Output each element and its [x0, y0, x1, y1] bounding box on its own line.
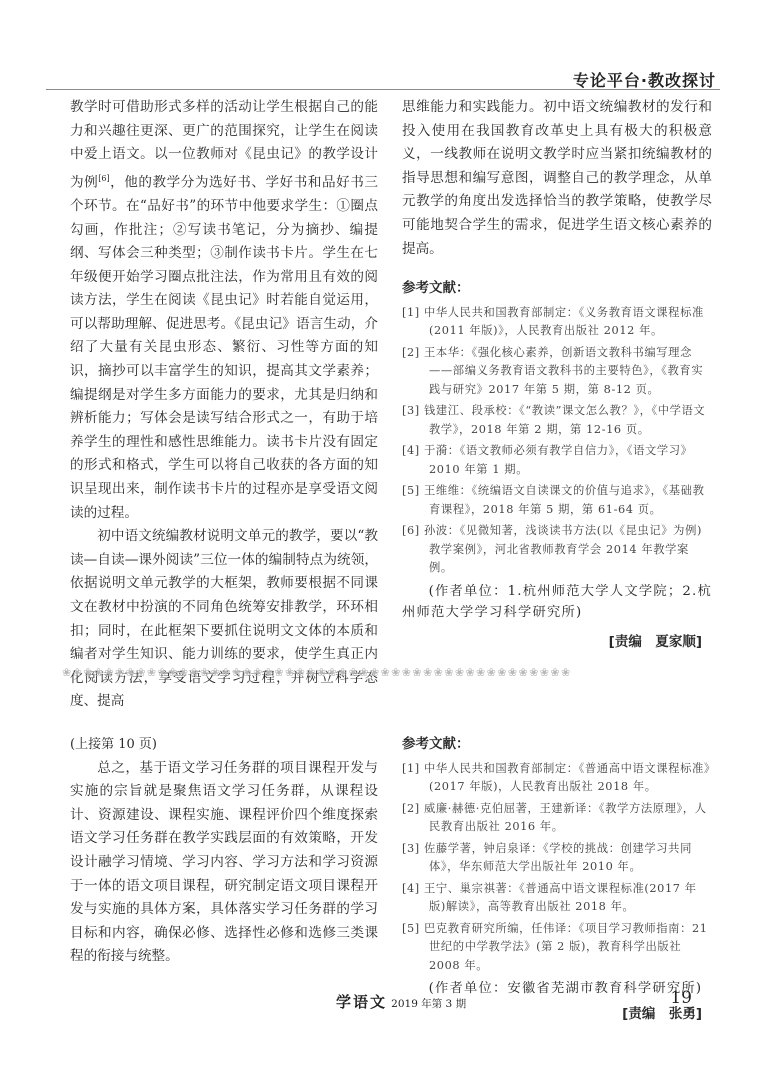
- reference-item: [2] 王本华：《强化核心素养，创新语文教科书编写理念——部编义务教育语文教科书…: [402, 344, 712, 400]
- journal-name: 学语文: [336, 993, 387, 1011]
- body-paragraph: 思维能力和实践能力。初中语文统编教材的发行和投入使用在我国教育改革史上具有极大的…: [402, 96, 712, 261]
- section-title: 专论平台·教改探讨: [573, 68, 716, 91]
- page-number: 19: [670, 988, 692, 1008]
- reference-item: [3] 钱建江、段承校：《“教读”课文怎么教？》，《中学语文教学》，2018 年…: [402, 402, 712, 439]
- body-paragraph: 总之，基于语文学习任务群的项目课程开发与实施的宗旨就是聚焦语文学习任务群，从课程…: [70, 757, 378, 969]
- reference-item: [3] 佐藤学著，钟启泉译：《学校的挑战：创建学习共同体》，华东师范大学出版社年…: [402, 840, 712, 877]
- reference-item: [5] 王维维：《统编语文自读课文的价值与追求》，《基础教育课程》，2018 年…: [402, 482, 712, 519]
- paragraph-text: ，他的教学分为选好书、学好书和品好书三个环节。在“品好书”的环节中他要求学生：①…: [70, 174, 378, 520]
- references-heading: 参考文献：: [402, 733, 712, 757]
- flower-divider: ❀❀❀❀❀❀❀❀❀❀❀❀❀❀❀❀❀❀❀❀❀❀❀❀❀❀❀❀❀❀❀❀❀❀❀❀❀❀❀❀…: [62, 666, 712, 679]
- editor-credit: [责编 夏家顺]: [402, 631, 712, 655]
- body-paragraph: 教学时可借助形式多样的活动让学生根据自己的能力和兴趣往更深、更广的范围探究，让学…: [70, 96, 378, 525]
- article-bottom-left-column: (上接第 10 页) 总之，基于语文学习任务群的项目课程开发与实施的宗旨就是聚焦…: [70, 733, 378, 969]
- reference-item: [2] 威廉·赫德·克伯屈著，王建新译：《教学方法原理》，人民教育出版社 201…: [402, 800, 712, 837]
- references-heading: 参考文献：: [402, 277, 712, 301]
- reference-item: [5] 巴克教育研究所编，任伟译：《项目学习教师指南：21 世纪的中学教学法》(…: [402, 920, 712, 976]
- reference-item: [4] 于漪：《语文教师必须有教学自信力》，《语文学习》2010 年第 1 期。: [402, 442, 712, 479]
- article-bottom-right-column: 参考文献： [1] 中华人民共和国教育部制定：《普通高中语文课程标准》(2017…: [402, 733, 712, 1027]
- references-list: [1] 中华人民共和国教育部制定：《义务教育语文课程标准(2011 年版)》，人…: [402, 304, 712, 578]
- header-divider: [46, 89, 720, 90]
- references-list: [1] 中华人民共和国教育部制定：《普通高中语文课程标准》(2017 年版)，人…: [402, 760, 712, 976]
- article-top-right-column: 思维能力和实践能力。初中语文统编教材的发行和投入使用在我国教育改革史上具有极大的…: [402, 96, 712, 654]
- citation-marker: [6]: [98, 174, 109, 183]
- article-top-left-column: 教学时可借助形式多样的活动让学生根据自己的能力和兴趣往更深、更广的范围探究，让学…: [70, 96, 378, 714]
- reference-item: [6] 孙波：《见微知著，浅谈读书方法(以《昆虫记》为例)教学案例》，河北省教师…: [402, 522, 712, 578]
- body-paragraph: 初中语文统编教材说明文单元的教学，要以“教读—自读—课外阅读”三位一体的编制特点…: [70, 525, 378, 714]
- journal-footer: 学语文 2019 年第 3 期: [336, 991, 466, 1012]
- reference-item: [4] 王宁、巢宗祺著：《普通高中语文课程标准(2017 年版)解读》，高等教育…: [402, 880, 712, 917]
- reference-item: [1] 中华人民共和国教育部制定：《普通高中语文课程标准》(2017 年版)，人…: [402, 760, 712, 797]
- continued-from-note: (上接第 10 页): [70, 733, 378, 757]
- issue-label: 2019 年第 3 期: [391, 998, 466, 1010]
- author-affiliation: (作者单位：1.杭州师范大学人文学院；2.杭州师范大学学习科学研究所): [402, 581, 712, 623]
- reference-item: [1] 中华人民共和国教育部制定：《义务教育语文课程标准(2011 年版)》，人…: [402, 304, 712, 341]
